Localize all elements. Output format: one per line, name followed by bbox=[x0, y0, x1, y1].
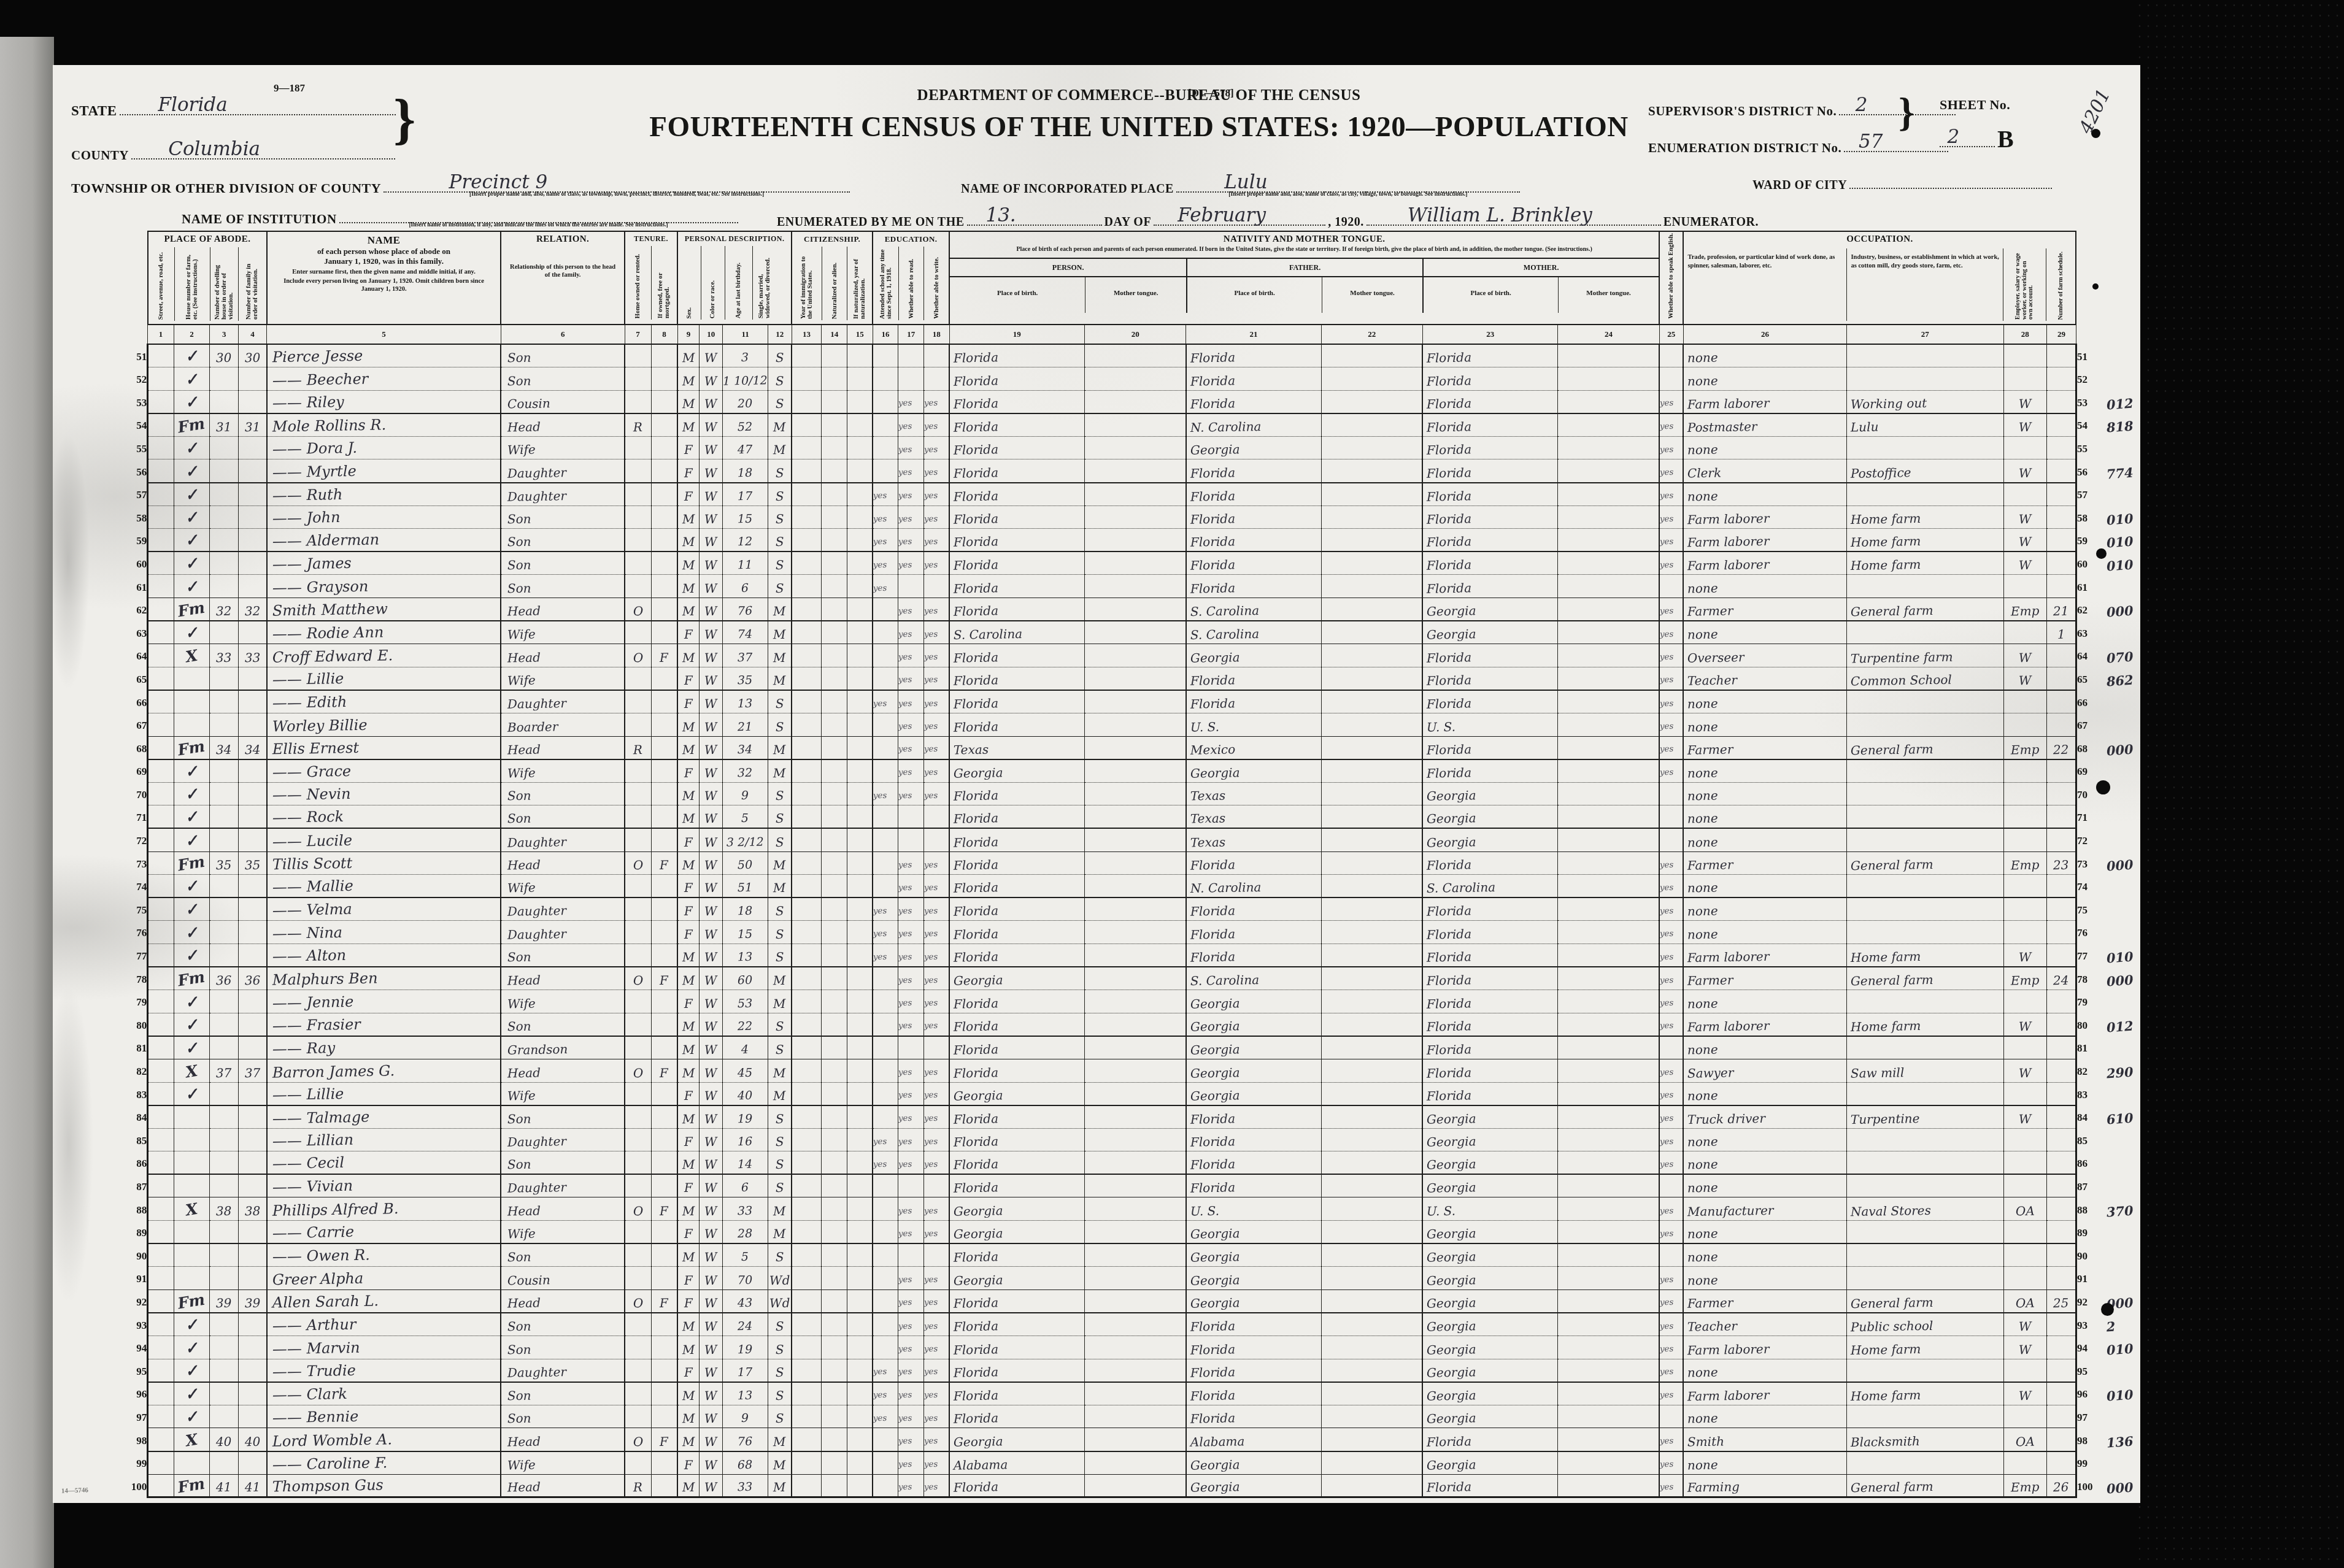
cell-c16: yes bbox=[873, 1382, 898, 1405]
cell-c8 bbox=[651, 1221, 677, 1244]
handwritten-entry: Florida bbox=[954, 882, 998, 897]
handwritten-entry: Florida bbox=[1427, 582, 1471, 598]
cell-rn: 96 bbox=[2076, 1382, 2105, 1405]
handwritten-entry: 1 10/12 bbox=[723, 375, 768, 390]
handwritten-entry: Florida bbox=[954, 444, 998, 459]
handwritten-entry: W bbox=[704, 836, 717, 851]
cell-pbf: Georgia bbox=[1186, 1267, 1321, 1290]
cell-rn: 90 bbox=[2076, 1243, 2105, 1267]
cell-rel: Head bbox=[501, 851, 625, 875]
handwritten-entry: 38 bbox=[244, 1205, 260, 1220]
cell-race: W bbox=[700, 1289, 723, 1313]
cell-emp bbox=[2003, 1405, 2046, 1428]
cell-c7 bbox=[625, 575, 651, 598]
cell-pbm: Florida bbox=[1422, 759, 1557, 783]
cell-pb: Florida bbox=[949, 1105, 1084, 1129]
cell-c25: yes bbox=[1659, 1059, 1683, 1082]
cell-c16 bbox=[873, 967, 898, 990]
line-number: 98 bbox=[2077, 1435, 2088, 1451]
handwritten-entry: Son bbox=[507, 352, 531, 367]
cell-race: W bbox=[700, 598, 723, 621]
cell-c13 bbox=[792, 897, 822, 921]
cell-farm bbox=[2046, 1013, 2076, 1036]
line-number: 93 bbox=[2077, 1320, 2088, 1336]
handwritten-entry: yes bbox=[873, 561, 887, 575]
cell-rel: Son bbox=[501, 1151, 625, 1175]
cell-c7 bbox=[625, 459, 651, 483]
cell-c8 bbox=[651, 1174, 677, 1197]
cell-name: —— Caroline F. bbox=[267, 1451, 501, 1475]
line-number: 89 bbox=[136, 1228, 147, 1243]
cell-occ: Farm laborer bbox=[1683, 390, 1846, 413]
handwritten-entry: 000 bbox=[2105, 973, 2134, 991]
sheet-no-line: 2 bbox=[1940, 121, 1995, 147]
cell-age: 20 bbox=[723, 390, 768, 413]
cell-n: 82 bbox=[114, 1059, 148, 1082]
cell-age: 13 bbox=[723, 1382, 768, 1405]
cell-rel: Son bbox=[501, 575, 625, 598]
cell-rel: Son bbox=[501, 943, 625, 967]
cell-rel: Daughter bbox=[501, 1174, 625, 1197]
handwritten-entry: none bbox=[1687, 698, 1718, 713]
handwritten-entry: 40 bbox=[244, 1435, 260, 1450]
cell-rel: Daughter bbox=[501, 897, 625, 921]
handwritten-entry: Florida bbox=[1427, 928, 1471, 943]
cell-pbm: Florida bbox=[1422, 990, 1557, 1013]
handwritten-entry: Son bbox=[507, 559, 531, 575]
cell-ind: Saw mill bbox=[1846, 1059, 2003, 1082]
handwritten-entry: S bbox=[775, 513, 784, 528]
line-number: 73 bbox=[2077, 859, 2088, 875]
cell-emp bbox=[2003, 1243, 2046, 1267]
handwritten-entry: 000 bbox=[2105, 1480, 2134, 1498]
cell-c22 bbox=[1321, 598, 1422, 621]
cell-rn: 83 bbox=[2076, 1082, 2105, 1105]
cell-farm bbox=[2046, 459, 2076, 483]
cell-c7 bbox=[625, 782, 651, 805]
col-label-able-to-write: Whether able to write. bbox=[933, 256, 941, 320]
handwritten-entry: W bbox=[704, 536, 717, 551]
cell-c18: yes bbox=[923, 967, 949, 990]
cell-c24 bbox=[1558, 1359, 1659, 1382]
cell-pbm: S. Carolina bbox=[1422, 875, 1557, 898]
cell-pbm: Georgia bbox=[1422, 1359, 1557, 1382]
line-number: 76 bbox=[2077, 928, 2088, 943]
cell-c3 bbox=[210, 1451, 238, 1475]
cell-c16 bbox=[873, 828, 898, 851]
cell-rel: Wife bbox=[501, 621, 625, 644]
cell-c16 bbox=[873, 1243, 898, 1267]
cell-c15 bbox=[847, 1474, 873, 1497]
cell-mar: S bbox=[768, 1105, 792, 1129]
cell-pbm: Georgia bbox=[1422, 1382, 1557, 1405]
handwritten-entry: yes bbox=[924, 769, 938, 782]
cell-rel: Son bbox=[501, 505, 625, 529]
handwritten-entry: yes bbox=[898, 1461, 912, 1474]
enumerator-name: William L. Brinkley bbox=[1408, 207, 1592, 225]
cell-ind bbox=[1846, 990, 2003, 1013]
handwritten-entry: 010 bbox=[2105, 535, 2134, 553]
cell-c4: 35 bbox=[238, 851, 267, 875]
cell-c16 bbox=[873, 667, 898, 690]
handwritten-entry bbox=[2105, 891, 2107, 894]
handwritten-entry: yes bbox=[1660, 492, 1674, 505]
handwritten-entry bbox=[2105, 1468, 2107, 1471]
handwritten-entry: 60 bbox=[738, 975, 753, 990]
mother-title: MOTHER. bbox=[1424, 259, 1659, 277]
cell-n: 73 bbox=[114, 851, 148, 875]
cell-emp bbox=[2003, 1267, 2046, 1290]
handwritten-entry: W bbox=[2019, 398, 2032, 413]
handwritten-entry: 22 bbox=[738, 1021, 753, 1036]
cell-name: —— Trudie bbox=[267, 1359, 501, 1382]
cell-c13 bbox=[792, 1174, 822, 1197]
col-label-owned-rented: Home owned or rented. bbox=[634, 253, 642, 320]
cell-rn: 67 bbox=[2076, 713, 2105, 737]
cell-n: 95 bbox=[114, 1359, 148, 1382]
handwritten-entry: 290 bbox=[2105, 1065, 2134, 1083]
cell-pb: Florida bbox=[949, 1313, 1084, 1336]
cell-c22 bbox=[1321, 1243, 1422, 1267]
handwritten-entry: Florida bbox=[954, 397, 998, 413]
handwritten-entry: F bbox=[660, 1205, 668, 1220]
cell-c1 bbox=[148, 1174, 174, 1197]
handwritten-entry: yes bbox=[924, 515, 938, 529]
cell-c7 bbox=[625, 1405, 651, 1428]
cell-rel: Head bbox=[501, 1428, 625, 1451]
cell-c8 bbox=[651, 921, 677, 944]
handwritten-entry: Farmer bbox=[1687, 859, 1733, 875]
handwritten-entry: ✓ bbox=[184, 901, 199, 921]
cell-c20 bbox=[1085, 436, 1186, 459]
handwritten-entry: 012 bbox=[2105, 1019, 2134, 1037]
handwritten-entry: O bbox=[633, 1066, 643, 1082]
cell-farm: 26 bbox=[2046, 1474, 2076, 1497]
handwritten-entry: yes bbox=[1660, 1161, 1674, 1174]
handwritten-entry: 51 bbox=[738, 882, 753, 897]
handwritten-entry: none bbox=[1687, 1089, 1718, 1105]
cell-c7 bbox=[625, 1336, 651, 1359]
col-number-4: 4 bbox=[238, 325, 267, 344]
cell-farm bbox=[2046, 897, 2076, 921]
cell-sex: M bbox=[677, 1036, 700, 1059]
handwritten-entry: 15 bbox=[738, 513, 753, 528]
handwritten-entry: S bbox=[775, 352, 784, 367]
handwritten-entry: yes bbox=[924, 631, 938, 644]
handwritten-entry: Florida bbox=[1427, 1066, 1471, 1082]
cell-c15 bbox=[847, 1059, 873, 1082]
cell-pbm: Florida bbox=[1422, 1428, 1557, 1451]
cell-farm bbox=[2046, 990, 2076, 1013]
cell-race: W bbox=[700, 1451, 723, 1475]
col-label-naturalized: Naturalized or alien. bbox=[831, 261, 839, 320]
handwritten-entry: Head bbox=[507, 1435, 541, 1451]
cell-c7 bbox=[625, 1313, 651, 1336]
cell-c1 bbox=[148, 1105, 174, 1129]
handwritten-entry: R bbox=[633, 1481, 642, 1496]
cell-occ: none bbox=[1683, 1036, 1846, 1059]
cell-c15 bbox=[847, 413, 873, 437]
handwritten-entry: Florida bbox=[1190, 1389, 1235, 1405]
cell-c13 bbox=[792, 459, 822, 483]
cell-sex: M bbox=[677, 943, 700, 967]
handwritten-entry: yes bbox=[898, 492, 912, 505]
day-of-label: DAY OF bbox=[1105, 215, 1152, 229]
cell-code bbox=[2105, 483, 2140, 506]
cell-c20 bbox=[1085, 1336, 1186, 1359]
col-label-speak-english: Whether able to speak English. bbox=[1667, 232, 1675, 320]
handwritten-entry: —— Alderman bbox=[272, 532, 380, 552]
cell-c14 bbox=[822, 828, 847, 851]
handwritten-entry: 010 bbox=[2105, 1388, 2134, 1406]
handwritten-entry: none bbox=[1687, 882, 1718, 897]
table-row: 72✓—— LucileDaughterFW3 2/12SFloridaTexa… bbox=[114, 828, 2140, 851]
cell-pbf: Florida bbox=[1186, 1313, 1321, 1336]
cell-pbf: Florida bbox=[1186, 483, 1321, 506]
line-number: 83 bbox=[2077, 1090, 2088, 1105]
institution-line: [Insert name of institution, if any, and… bbox=[339, 201, 738, 223]
cell-c24 bbox=[1558, 1336, 1659, 1359]
cell-name: —— Velma bbox=[267, 897, 501, 921]
handwritten-entry: S bbox=[775, 928, 784, 943]
cell-farm bbox=[2046, 1359, 2076, 1382]
cell-name: —— Marvin bbox=[267, 1336, 501, 1359]
cell-c14 bbox=[822, 505, 847, 529]
handwritten-entry: S. Carolina bbox=[1190, 628, 1260, 644]
handwritten-entry: Florida bbox=[954, 1251, 998, 1267]
handwritten-entry: 12 bbox=[738, 536, 753, 551]
township-label: TOWNSHIP OR OTHER DIVISION OF COUNTY bbox=[71, 180, 381, 196]
handwritten-entry: Georgia bbox=[1190, 651, 1240, 667]
cell-c22 bbox=[1321, 851, 1422, 875]
cell-c1 bbox=[148, 759, 174, 783]
employer-col: Employer, salary or wage worker, or work… bbox=[2003, 248, 2046, 321]
cell-ind: General farm bbox=[1846, 1289, 2003, 1313]
cell-c17: yes bbox=[898, 943, 924, 967]
cell-c22 bbox=[1321, 1082, 1422, 1105]
cell-rn: 100 bbox=[2076, 1474, 2105, 1497]
group-speak-english: Whether able to speak English. bbox=[1659, 231, 1683, 325]
cell-c24 bbox=[1558, 1174, 1659, 1197]
cell-sex: M bbox=[677, 805, 700, 829]
cell-c22 bbox=[1321, 436, 1422, 459]
cell-n: 58 bbox=[114, 505, 148, 529]
group-title-relation: RELATION. bbox=[501, 232, 624, 245]
handwritten-entry: F bbox=[684, 1297, 693, 1312]
handwritten-entry: Farm laborer bbox=[1687, 558, 1770, 575]
line-number: 65 bbox=[2077, 674, 2088, 690]
cell-pbf: U. S. bbox=[1186, 713, 1321, 737]
cell-c24 bbox=[1558, 1151, 1659, 1175]
cell-code: 012 bbox=[2105, 390, 2140, 413]
cell-c22 bbox=[1321, 1221, 1422, 1244]
cell-c20 bbox=[1085, 575, 1186, 598]
handwritten-entry bbox=[2105, 1191, 2107, 1194]
cell-n: 86 bbox=[114, 1151, 148, 1175]
cell-c3: 35 bbox=[210, 851, 238, 875]
cell-emp bbox=[2003, 575, 2046, 598]
handwritten-entry: Georgia bbox=[954, 1227, 1003, 1243]
line-number: 79 bbox=[2077, 997, 2088, 1013]
cell-pbf: Georgia bbox=[1186, 1474, 1321, 1497]
handwritten-entry: 010 bbox=[2105, 558, 2134, 575]
cell-occ: Farm laborer bbox=[1683, 1382, 1846, 1405]
handwritten-entry: W bbox=[704, 1343, 717, 1358]
handwritten-entry: Emp bbox=[2011, 1481, 2040, 1497]
table-row: 92Fm3939Allen Sarah L.HeadOFFW43Wdyesyes… bbox=[114, 1289, 2140, 1313]
cell-sex: F bbox=[677, 667, 700, 690]
cell-c1 bbox=[148, 459, 174, 483]
cell-pbm: Florida bbox=[1422, 505, 1557, 529]
cell-mar: S bbox=[768, 551, 792, 575]
cell-n: 80 bbox=[114, 1013, 148, 1036]
handwritten-entry: Farm laborer bbox=[1687, 512, 1770, 529]
cell-c1 bbox=[148, 1313, 174, 1336]
cell-c15 bbox=[847, 390, 873, 413]
line-number: 82 bbox=[136, 1066, 147, 1082]
col-number-27: 27 bbox=[1846, 325, 2003, 344]
cell-c13 bbox=[792, 736, 822, 759]
handwritten-entry: Florida bbox=[1190, 374, 1235, 390]
handwritten-entry: 14 bbox=[738, 1159, 753, 1174]
line-number: 64 bbox=[2077, 651, 2088, 667]
cell-c25: yes bbox=[1659, 1474, 1683, 1497]
cell-c3 bbox=[210, 621, 238, 644]
cell-c4 bbox=[238, 1082, 267, 1105]
cell-race: W bbox=[700, 1359, 723, 1382]
cell-sex: M bbox=[677, 1013, 700, 1036]
cell-c15 bbox=[847, 551, 873, 575]
handwritten-entry: Daughter bbox=[507, 1366, 566, 1382]
line-number: 67 bbox=[2077, 720, 2088, 736]
handwritten-entry: Wife bbox=[507, 628, 536, 644]
cell-c18: yes bbox=[923, 897, 949, 921]
handwritten-entry: M bbox=[682, 1412, 695, 1428]
cell-ind: General farm bbox=[1846, 851, 2003, 875]
handwritten-entry: none bbox=[1687, 720, 1718, 736]
handwritten-entry: Clerk bbox=[1687, 466, 1722, 482]
cell-c2: X bbox=[174, 1428, 210, 1451]
cell-occ: none bbox=[1683, 828, 1846, 851]
cell-c24 bbox=[1558, 1036, 1659, 1059]
cell-name: —— Nevin bbox=[267, 782, 501, 805]
handwritten-entry: Teacher bbox=[1687, 674, 1737, 690]
cell-c18: yes bbox=[923, 1197, 949, 1221]
state-label: STATE bbox=[71, 103, 117, 118]
col-number-3: 3 bbox=[210, 325, 238, 344]
cell-pbf: Florida bbox=[1186, 344, 1321, 367]
handwritten-entry: ✓ bbox=[184, 578, 199, 599]
cell-c15 bbox=[847, 644, 873, 667]
handwritten-entry: yes bbox=[1660, 1091, 1674, 1105]
cell-age: 68 bbox=[723, 1451, 768, 1475]
handwritten-entry: Farmer bbox=[1687, 1296, 1733, 1312]
handwritten-entry: M bbox=[682, 1435, 695, 1450]
cell-c18: yes bbox=[923, 921, 949, 944]
table-row: 63✓—— Rodie AnnWifeFW74MyesyesS. Carolin… bbox=[114, 621, 2140, 644]
cell-code: 2 bbox=[2105, 1313, 2140, 1336]
cell-age: 18 bbox=[723, 459, 768, 483]
cell-c13 bbox=[792, 1474, 822, 1497]
handwritten-entry: Sawyer bbox=[1687, 1066, 1734, 1082]
cell-c8: F bbox=[651, 1197, 677, 1221]
table-row: 91Greer AlphaCousinFW70WdyesyesGeorgiaGe… bbox=[114, 1267, 2140, 1290]
cell-pbf: Georgia bbox=[1186, 1451, 1321, 1475]
handwritten-entry: yes bbox=[924, 723, 938, 736]
handwritten-entry: 43 bbox=[738, 1297, 753, 1312]
handwritten-entry: F bbox=[660, 1435, 668, 1450]
cell-c22 bbox=[1321, 459, 1422, 483]
cell-c7 bbox=[625, 1221, 651, 1244]
handwritten-entry: S bbox=[775, 1113, 784, 1128]
handwritten-entry: W bbox=[704, 1389, 717, 1405]
cell-c25: yes bbox=[1659, 1105, 1683, 1129]
handwritten-entry: yes bbox=[898, 631, 912, 644]
col-number-28: 28 bbox=[2003, 325, 2046, 344]
cell-sex: F bbox=[677, 875, 700, 898]
state-value: Florida bbox=[158, 97, 228, 114]
cell-occ: Overseer bbox=[1683, 644, 1846, 667]
cell-c24 bbox=[1558, 897, 1659, 921]
handwritten-entry: yes bbox=[1660, 953, 1674, 966]
cell-rn: 84 bbox=[2076, 1105, 2105, 1129]
cell-c13 bbox=[792, 367, 822, 391]
cell-occ: Farmer bbox=[1683, 851, 1846, 875]
handwritten-entry: M bbox=[773, 882, 786, 897]
line-number: 52 bbox=[2077, 374, 2088, 390]
cell-farm bbox=[2046, 1105, 2076, 1129]
handwritten-entry: 4 bbox=[741, 1044, 749, 1059]
handwritten-entry: Emp bbox=[2011, 743, 2040, 759]
line-number: 54 bbox=[2077, 420, 2088, 436]
handwritten-entry: 32 bbox=[244, 605, 260, 620]
cell-n: 96 bbox=[114, 1382, 148, 1405]
cell-name: Tillis Scott bbox=[267, 851, 501, 875]
handwritten-entry: yes bbox=[1660, 930, 1674, 943]
cell-c4 bbox=[238, 529, 267, 552]
cell-c4 bbox=[238, 1151, 267, 1175]
handwritten-entry: 774 bbox=[2105, 466, 2134, 483]
cell-pbf: S. Carolina bbox=[1186, 621, 1321, 644]
line-number: 60 bbox=[2077, 559, 2088, 575]
cell-name: Worley Billie bbox=[267, 713, 501, 737]
cell-n: 99 bbox=[114, 1451, 148, 1475]
cell-n: 94 bbox=[114, 1336, 148, 1359]
handwritten-entry: yes bbox=[1660, 1345, 1674, 1359]
cell-c22 bbox=[1321, 990, 1422, 1013]
handwritten-entry: —— Caroline F. bbox=[272, 1455, 388, 1475]
handwritten-entry bbox=[2105, 1007, 2107, 1010]
cell-c7 bbox=[625, 1243, 651, 1267]
cell-ind bbox=[1846, 1174, 2003, 1197]
cell-c14 bbox=[822, 690, 847, 713]
handwritten-entry: yes bbox=[924, 861, 938, 874]
cell-pb: Florida bbox=[949, 990, 1084, 1013]
handwritten-entry bbox=[2105, 384, 2107, 387]
handwritten-entry: none bbox=[1687, 1274, 1718, 1289]
handwritten-entry: —— Dora J. bbox=[272, 440, 358, 459]
cell-emp bbox=[2003, 828, 2046, 851]
handwritten-entry: Head bbox=[507, 605, 541, 621]
handwritten-entry: Florida bbox=[954, 513, 998, 529]
handwritten-entry bbox=[2105, 730, 2107, 733]
supervisor-label: SUPERVISOR'S DISTRICT No. bbox=[1648, 104, 1837, 118]
cell-c22 bbox=[1321, 897, 1422, 921]
cell-n: 56 bbox=[114, 459, 148, 483]
handwritten-entry: W bbox=[2019, 536, 2032, 551]
col-label-age: Age at last birthday. bbox=[734, 261, 742, 320]
col-number-14: 14 bbox=[822, 325, 847, 344]
